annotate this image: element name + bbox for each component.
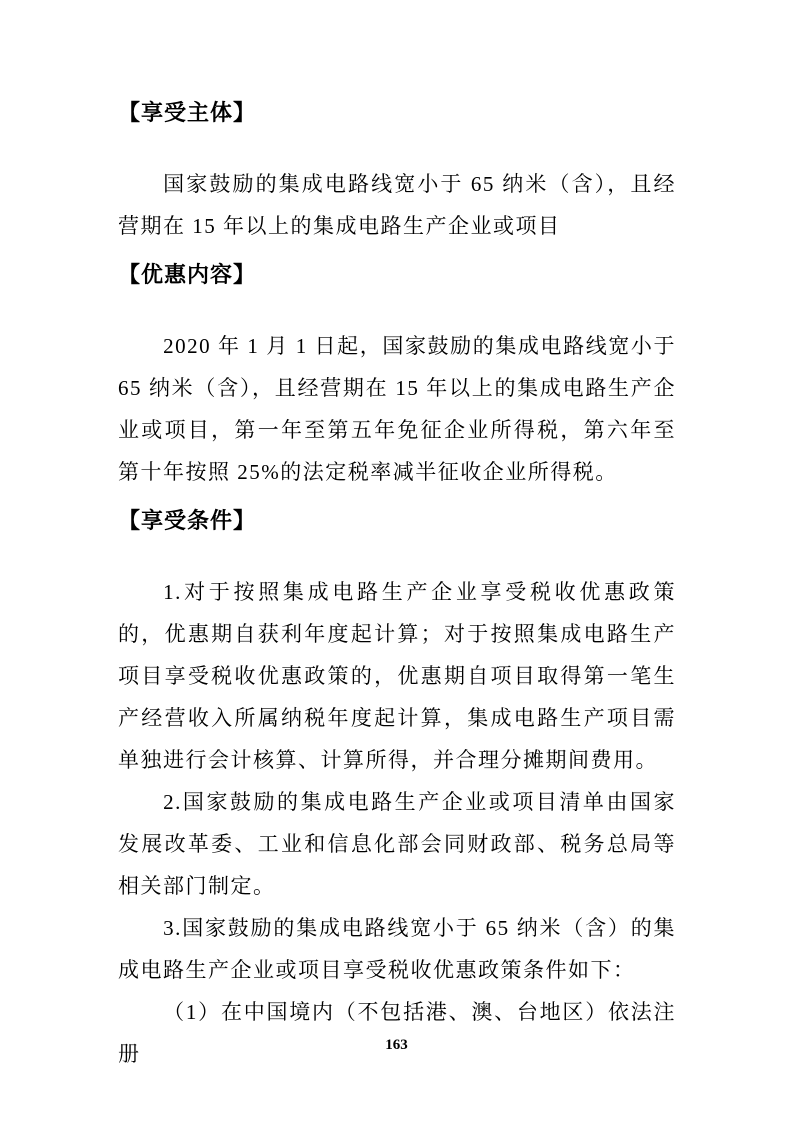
page-footer: 163: [0, 1036, 793, 1054]
section-heading-eligible-subject: 【享受主体】: [118, 99, 676, 127]
paragraph-condition-3: 3.国家鼓励的集成电路线宽小于 65 纳米（含）的集成电路生产企业或项目享受税收…: [118, 907, 676, 991]
section-heading-preferential-content: 【优惠内容】: [118, 261, 676, 289]
page-number: 163: [385, 1037, 408, 1053]
paragraph-condition-3-item-1: （1）在中国境内（不包括港、澳、台地区）依法注册: [118, 991, 676, 1075]
paragraph-condition-2: 2.国家鼓励的集成电路生产企业或项目清单由国家发展改革委、工业和信息化部会同财政…: [118, 781, 676, 907]
paragraph-condition-1: 1.对于按照集成电路生产企业享受税收优惠政策的，优惠期自获利年度起计算；对于按照…: [118, 571, 676, 781]
paragraph-eligible-subject: 国家鼓励的集成电路线宽小于 65 纳米（含），且经营期在 15 年以上的集成电路…: [118, 163, 676, 247]
document-content: 【享受主体】 国家鼓励的集成电路线宽小于 65 纳米（含），且经营期在 15 年…: [118, 99, 676, 1075]
document-page: 【享受主体】 国家鼓励的集成电路线宽小于 65 纳米（含），且经营期在 15 年…: [0, 0, 793, 1122]
paragraph-preferential-content: 2020 年 1 月 1 日起，国家鼓励的集成电路线宽小于 65 纳米（含），且…: [118, 325, 676, 493]
section-heading-conditions: 【享受条件】: [118, 507, 676, 535]
